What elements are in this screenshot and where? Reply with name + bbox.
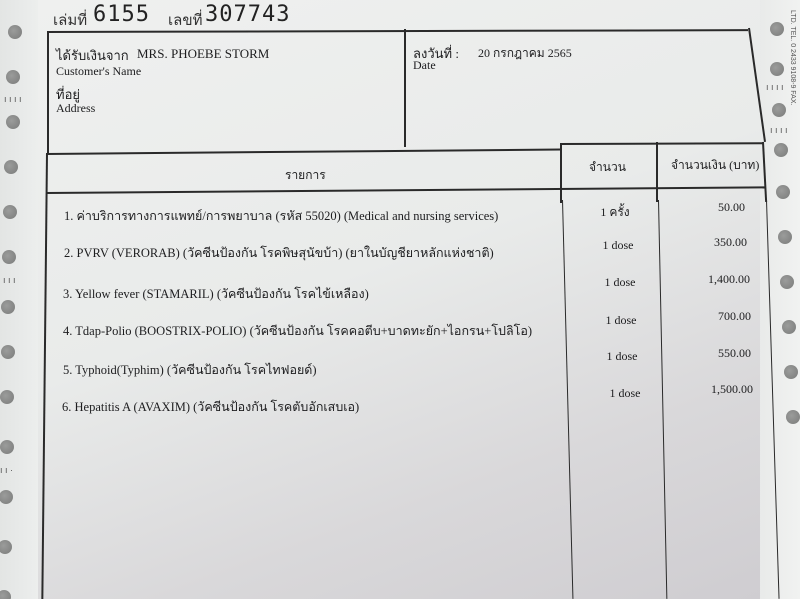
punch-hole	[778, 230, 792, 244]
item-description: 4. Tdap-Polio (BOOSTRIX-POLIO) (วัคซีนป้…	[63, 321, 532, 341]
perforation-marks: ı ı ı ı	[766, 82, 784, 92]
right-tractor-strip: ı ı ı ı ı ı ı ı LTD. TEL. 0 2433 9108-9 …	[758, 0, 800, 599]
column-divider	[656, 142, 658, 202]
perforation-marks: ı ı ı	[3, 275, 16, 285]
punch-hole	[1, 345, 15, 359]
item-amount: 350.00	[657, 235, 747, 250]
punch-hole	[6, 70, 20, 84]
punch-hole	[770, 22, 784, 36]
punch-hole	[0, 440, 14, 454]
punch-hole	[1, 300, 15, 314]
item-quantity: 1 dose	[577, 349, 667, 364]
item-quantity: 1 ครั้ง	[570, 203, 660, 222]
punch-hole	[0, 390, 14, 404]
column-divider	[560, 143, 562, 203]
item-amount: 1,500.00	[663, 382, 753, 397]
punch-hole	[786, 410, 800, 424]
book-number: 6155	[93, 2, 150, 27]
punch-hole	[770, 62, 784, 76]
perforation-marks: ı ı ·	[0, 465, 13, 475]
side-print-text: LTD. TEL. 0 2433 9108-9 FAX.	[789, 10, 796, 105]
punch-hole	[780, 275, 794, 289]
item-quantity: 1 dose	[573, 238, 663, 253]
punch-hole	[4, 160, 18, 174]
item-amount: 1,400.00	[660, 272, 750, 287]
punch-hole	[8, 25, 22, 39]
punch-hole	[0, 590, 11, 599]
address-label-en: Address	[56, 101, 95, 116]
item-description: 3. Yellow fever (STAMARIL) (วัคซีนป้องกั…	[63, 284, 369, 304]
punch-hole	[772, 103, 786, 117]
item-quantity: 1 dose	[575, 275, 665, 290]
punch-hole	[774, 143, 788, 157]
item-amount: 700.00	[661, 309, 751, 324]
punch-hole	[2, 250, 16, 264]
perforation-marks: ı ı ı ı	[770, 125, 788, 135]
left-tractor-strip: ı ı ı ı ı ı ı ı ı ·	[0, 0, 39, 599]
item-amount: 50.00	[655, 200, 745, 215]
date-label-en: Date	[413, 58, 436, 73]
customer-name-label: Customer's Name	[56, 64, 141, 79]
receipt-number: 307743	[205, 2, 290, 27]
header-items: รายการ	[285, 166, 326, 185]
item-quantity: 1 dose	[576, 313, 666, 328]
punch-hole	[3, 205, 17, 219]
date-value: 20 กรกฎาคม 2565	[478, 44, 572, 63]
book-number-label: เล่มที่	[53, 8, 87, 32]
punch-hole	[776, 185, 790, 199]
received-from-label: ได้รับเงินจาก	[56, 45, 129, 66]
perforation-marks: ı ı ı ı	[4, 94, 22, 104]
item-description: 5. Typhoid(Typhim) (วัคซีนป้องกัน โรคไทฟ…	[63, 360, 317, 380]
punch-hole	[782, 320, 796, 334]
customer-name: MRS. PHOEBE STORM	[137, 46, 269, 62]
punch-hole	[0, 490, 13, 504]
item-quantity: 1 dose	[580, 386, 670, 401]
border-line	[47, 31, 49, 154]
header-quantity: จำนวน	[589, 158, 626, 177]
item-description: 6. Hepatitis A (AVAXIM) (วัคซีนป้องกัน โ…	[62, 397, 359, 417]
border-line	[404, 29, 406, 147]
item-description: 1. ค่าบริการทางการแพทย์/การพยาบาล (รหัส …	[64, 206, 498, 226]
item-amount: 550.00	[661, 346, 751, 361]
header-amount: จำนวนเงิน (บาท)	[671, 156, 759, 175]
punch-hole	[6, 115, 20, 129]
item-description: 2. PVRV (VERORAB) (วัคซีนป้องกัน โรคพิษส…	[64, 243, 494, 263]
punch-hole	[0, 540, 12, 554]
receipt-number-label: เลขที่	[168, 8, 202, 32]
punch-hole	[784, 365, 798, 379]
